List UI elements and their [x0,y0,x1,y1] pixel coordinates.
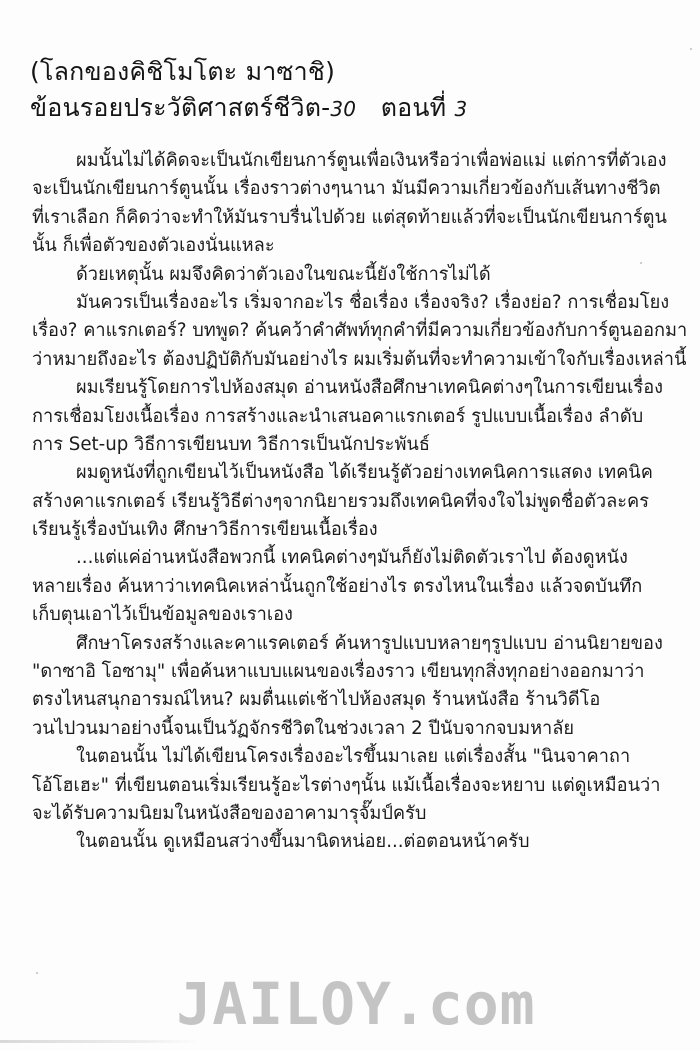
series-title: (โลกของคิชิโมโตะ มาซาชิ) [30,54,670,90]
text-line: ผมนั้นไม่ได้คิดจะเป็นนักเขียนการ์ตูนเพื่… [32,147,672,175]
text-line: การเชื่อมโยงเนื้อเรื่อง การสร้างและนำเสน… [32,403,672,431]
text-line: ศึกษาโครงสร้างและคาแรคเตอร์ ค้นหารูปแบบห… [32,630,672,658]
scan-speck [690,48,692,50]
episode-label: ตอนที่ [381,93,447,122]
text-line: นั้น ก็เพื่อตัวของตัวเองนั่นแหละ [32,232,672,260]
text-line: เก็บตุนเอาไว้เป็นข้อมูลของเราเอง [32,601,672,629]
text-line: สร้างคาแรกเตอร์ เรียนรู้วิธีต่างๆจากนิยา… [32,488,672,516]
text-line: ในตอนนั้น ดูเหมือนสว่างขึ้นมานิดหน่อย...… [32,828,672,856]
text-line: จะเป็นนักเขียนการ์ตูนนั้น เรื่องราวต่างๆ… [32,175,672,203]
text-line: เรื่อง? คาแรกเตอร์? บทพูด? ค้นคว้าคำศัพท… [32,317,672,345]
scanned-page: (โลกของคิชิโมโตะ มาซาชิ) ข้อนรอยประวัติศ… [0,0,700,1051]
text-line: การ Set-up วิธีการเขียนบท วิธีการเป็นนัก… [32,431,672,459]
text-line: "ดาซาอิ โอซามุ" เพื่อค้นหาแบบแผนของเรื่อ… [32,658,672,686]
text-line: จะได้รับความนิยมในหนังสือของอาคามารุจั๊ม… [32,800,672,828]
text-line: โอ้โฮเฮะ" ที่เขียนตอนเริ่มเรียนรู้อะไรต่… [32,772,672,800]
text-line: ด้วยเหตุนั้น ผมจึงคิดว่าตัวเองในขณะนี้ยั… [32,261,672,289]
chapter-number: 30 [330,97,356,121]
text-line: ว่าหมายถึงอะไร ต้องปฏิบัติกับมันอย่างไร … [32,346,672,374]
text-line: ...แต่แค่อ่านหนังสือพวกนี้ เทคนิคต่างๆมั… [32,544,672,572]
text-line: ตรงไหนสนุกอารมณ์ไหน? ผมตื่นแต่เช้าไปห้อง… [32,686,672,714]
chapter-title: ข้อนรอยประวัติศาสตร์ชีวิต-30 ตอนที่ 3 [30,90,670,127]
text-line: หลายเรื่อง ค้นหาว่าเทคนิคเหล่านั้นถูกใช้… [32,573,672,601]
scan-speck [640,262,642,264]
text-line: ที่เราเลือก ก็คิดว่าจะทำให้มันราบรื่นไปด… [32,204,672,232]
text-line: มันควรเป็นเรื่องอะไร เริ่มจากอะไร ชื่อเร… [32,289,672,317]
text-line: ในตอนนั้น ไม่ได้เขียนโครงเรื่องอะไรขึ้นม… [32,743,672,771]
text-line: เรียนรู้เรื่องบันเทิง ศึกษาวิธีการเขียนเ… [32,516,672,544]
watermark: JAILOY.com [0,970,700,1038]
episode-number: 3 [454,97,467,121]
scan-speck [36,972,38,974]
text-line: ผมดูหนังที่ถูกเขียนไว้เป็นหนังสือ ได้เรี… [32,459,672,487]
document-header: (โลกของคิชิโมโตะ มาซาชิ) ข้อนรอยประวัติศ… [30,54,670,127]
document-body: ผมนั้นไม่ได้คิดจะเป็นนักเขียนการ์ตูนเพื่… [32,147,672,857]
text-line: ผมเรียนรู้โดยการไปห้องสมุด อ่านหนังสือศึ… [32,374,672,402]
chapter-title-prefix: ข้อนรอยประวัติศาสตร์ชีวิต- [30,93,330,122]
scan-edge-artifact [0,1040,200,1043]
series-title-text: (โลกของคิชิโมโตะ มาซาชิ) [30,57,335,86]
text-line: วนไปวนมาอย่างนี้จนเป็นวัฏจักรชีวิตในช่วง… [32,715,672,743]
